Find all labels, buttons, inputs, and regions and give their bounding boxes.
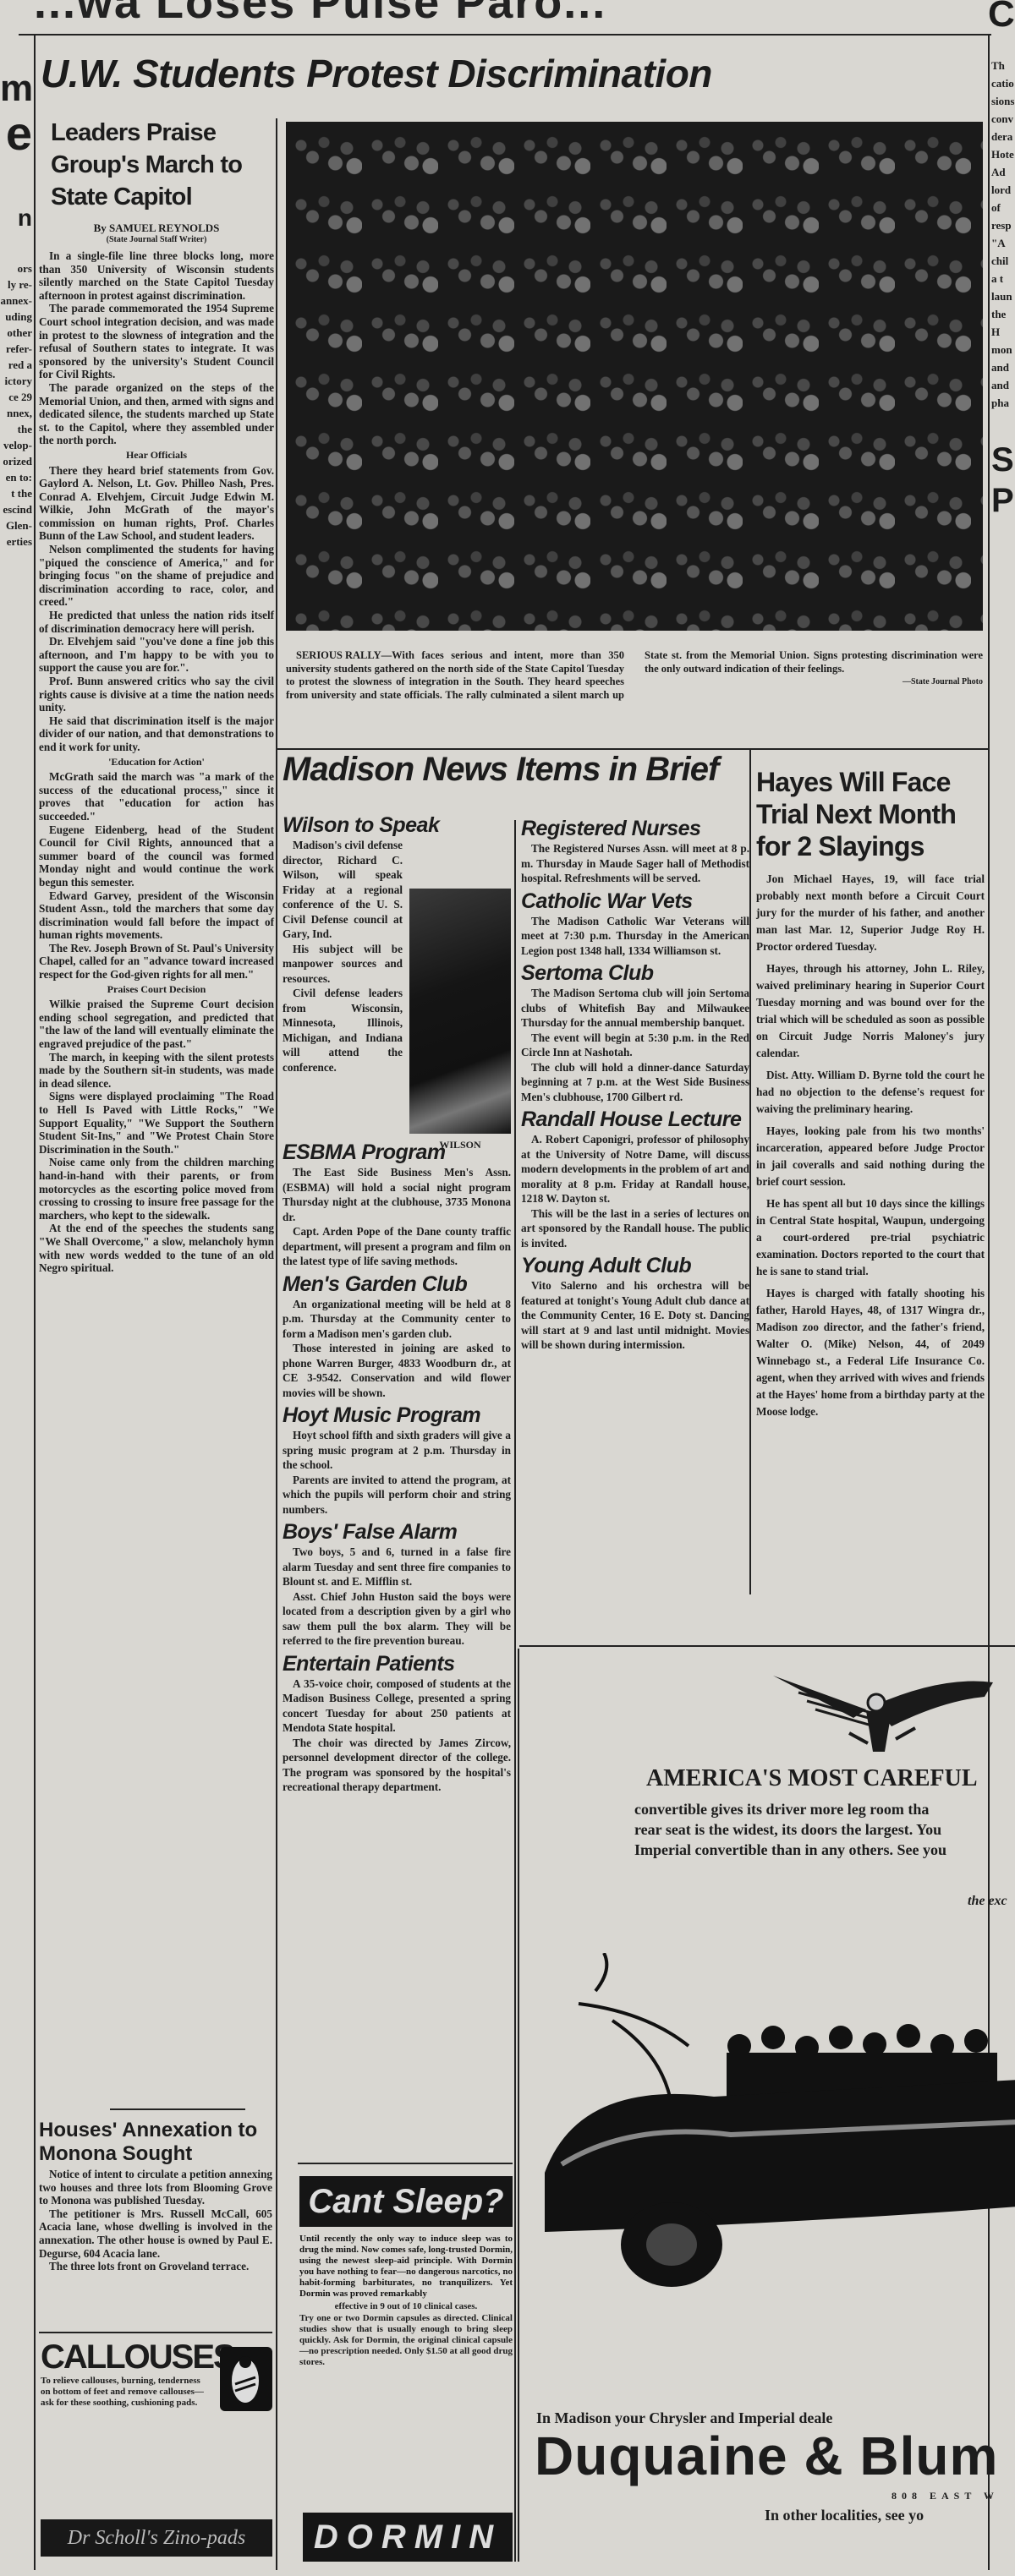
wilson-portrait: WILSON — [409, 889, 511, 1134]
brief-column-1: Wilson to SpeakWILSONMadison's civil def… — [283, 810, 511, 1795]
main-subheadline: Leaders Praise Group's March to State Ca… — [51, 117, 274, 213]
left-edge-big-letter: e — [0, 108, 32, 159]
brief-item: Boys' False AlarmTwo boys, 5 and 6, turn… — [283, 1520, 511, 1649]
paragraph: Signs were displayed proclaiming "The Ro… — [39, 1090, 274, 1156]
subhead: Praises Court Decision — [39, 983, 274, 997]
dormin-body: Until recently the only way to induce sl… — [299, 2234, 513, 2300]
paragraph: Hayes, through his attorney, John L. Ril… — [756, 960, 985, 1062]
paragraph: An organizational meeting will be held a… — [283, 1297, 511, 1342]
left-edge-letter: n — [0, 201, 32, 235]
brief-title: Wilson to Speak — [283, 813, 511, 837]
callouses-ad: CALLOUSES To relieve callouses, burning,… — [41, 2338, 272, 2557]
annexation-headline: Houses' Annexation to Monona Sought — [39, 2119, 272, 2166]
brief-item: Sertoma ClubThe Madison Sertoma club wil… — [521, 961, 749, 1104]
paragraph: The parade organized on the steps of the… — [39, 381, 274, 447]
hayes-story: Hayes Will Face Trial Next Month for 2 S… — [756, 766, 985, 1425]
section-rule — [277, 748, 988, 750]
foot-icon — [220, 2347, 272, 2411]
chrysler-body: convertible gives its driver more leg ro… — [634, 1799, 946, 1860]
brief-title: Registered Nurses — [521, 817, 749, 840]
paragraph: Wilkie praised the Supreme Court decisio… — [39, 998, 274, 1050]
brief-title: Catholic War Vets — [521, 889, 749, 913]
top-rule — [19, 34, 991, 36]
brief-title: Hoyt Music Program — [283, 1403, 511, 1427]
news-in-brief-title: Madison News Items in Brief — [283, 751, 718, 789]
brief-title: Sertoma Club — [521, 961, 749, 985]
column-rule — [276, 118, 277, 2570]
paragraph: Notice of intent to circulate a petition… — [39, 2168, 272, 2207]
brief-title: Young Adult Club — [521, 1254, 749, 1277]
brief-item: ESBMA ProgramThe East Side Business Men'… — [283, 1140, 511, 1269]
paragraph: Hayes, looking pale from his two months'… — [756, 1123, 985, 1190]
paragraph: He said that discrimination itself is th… — [39, 714, 274, 754]
annexation-story: Houses' Annexation to Monona Sought Noti… — [39, 2119, 272, 2273]
subhead: Hear Officials — [39, 449, 274, 462]
brief-item: Entertain PatientsA 35-voice choir, comp… — [283, 1652, 511, 1795]
dormin-title-banner: Cant Sleep? — [299, 2176, 513, 2227]
paragraph: Parents are invited to attend the progra… — [283, 1473, 511, 1518]
brief-item: Young Adult ClubVito Salerno and his orc… — [521, 1254, 749, 1353]
paragraph: The choir was directed by James Zircow, … — [283, 1736, 511, 1795]
right-edge-partial-headline: S P — [991, 440, 1014, 521]
main-story-body: In a single-file line three blocks long,… — [39, 249, 274, 1275]
paragraph: The Madison Sertoma club will join Serto… — [521, 986, 749, 1031]
paragraph: He predicted that unless the nation rids… — [39, 609, 274, 635]
main-story-column: Leaders Praise Group's March to State Ca… — [39, 117, 274, 1275]
hayes-headline: Hayes Will Face Trial Next Month for 2 S… — [756, 766, 985, 862]
brief-item: Hoyt Music ProgramHoyt school fifth and … — [283, 1403, 511, 1517]
brief-title: Randall House Lecture — [521, 1108, 749, 1131]
paragraph: There they heard brief statements from G… — [39, 464, 274, 544]
paragraph: Dr. Elvehjem said "you've done a fine jo… — [39, 635, 274, 675]
paragraph: Nelson complimented the students for hav… — [39, 543, 274, 609]
section-rule — [39, 2332, 272, 2333]
annexation-body: Notice of intent to circulate a petition… — [39, 2168, 272, 2273]
paragraph: A 35-voice choir, composed of students a… — [283, 1676, 511, 1736]
paragraph: In a single-file line three blocks long,… — [39, 249, 274, 302]
caption-lead: SERIOUS RALLY — [286, 649, 381, 663]
paragraph: The Madison Catholic War Veterans will m… — [521, 914, 749, 959]
photo-caption: SERIOUS RALLY—With faces serious and int… — [286, 649, 983, 702]
paragraph: Two boys, 5 and 6, turned in a false fir… — [283, 1545, 511, 1589]
paragraph: Prof. Bunn answered critics who say the … — [39, 675, 274, 714]
paragraph: McGrath said the march was "a mark of th… — [39, 770, 274, 823]
brief-item: Catholic War VetsThe Madison Catholic Wa… — [521, 889, 749, 959]
paragraph: The Rev. Joseph Brown of St. Paul's Univ… — [39, 942, 274, 982]
brief-title: Entertain Patients — [283, 1652, 511, 1676]
paragraph: The club will hold a dinner-dance Saturd… — [521, 1060, 749, 1105]
byline-role: (State Journal Staff Writer) — [39, 235, 274, 244]
brief-item: Registered NursesThe Registered Nurses A… — [521, 817, 749, 886]
paragraph: Hoyt school fifth and sixth graders will… — [283, 1428, 511, 1473]
column-rule — [34, 34, 36, 2570]
section-rule — [519, 1645, 1015, 1647]
paragraph: The event will begin at 5:30 p.m. in the… — [521, 1031, 749, 1060]
paragraph: A. Robert Caponigri, professor of philos… — [521, 1132, 749, 1206]
byline: By SAMUEL REYNOLDS — [39, 222, 274, 235]
section-rule — [110, 2108, 245, 2110]
paragraph: Noise came only from the children marchi… — [39, 1156, 274, 1222]
brief-column-2: Registered NursesThe Registered Nurses A… — [521, 813, 749, 1353]
paragraph: Hayes is charged with fatally shooting h… — [756, 1285, 985, 1420]
portrait-caption: WILSON — [409, 1138, 511, 1153]
dealer-other-localities: In other localities, see yo — [765, 2507, 924, 2524]
cut-top-headline: ...wa Loses Pulse Paro... — [34, 0, 606, 29]
subhead: 'Education for Action' — [39, 756, 274, 769]
brief-title: Men's Garden Club — [283, 1272, 511, 1296]
left-edge-text: orsly re-annex-udingotherrefer-red aicto… — [0, 262, 32, 551]
paragraph: The Registered Nurses Assn. will meet at… — [521, 841, 749, 886]
paragraph: The East Side Business Men's Assn. (ESBM… — [283, 1165, 511, 1224]
paragraph: This will be the last in a series of lec… — [521, 1206, 749, 1251]
paragraph: The parade commemorated the 1954 Supreme… — [39, 302, 274, 381]
callouses-brand: Dr Scholl's Zino-pads — [41, 2519, 272, 2557]
paragraph: He has spent all but 10 days since the k… — [756, 1195, 985, 1280]
dormin-ad: Cant Sleep? Until recently the only way … — [299, 2176, 513, 2562]
rally-photo — [286, 122, 983, 631]
dormin-emphasis: effective in 9 out of 10 clinical cases. — [325, 2301, 487, 2311]
column-rule — [514, 820, 516, 2562]
right-edge-text: ThcatiosionsconvderaHoteAdlordofresp"Ach… — [991, 59, 1015, 414]
section-rule — [298, 2163, 513, 2164]
paragraph: Capt. Arden Pope of the Dane county traf… — [283, 1224, 511, 1269]
paragraph: Eugene Eidenberg, head of the Student Co… — [39, 823, 274, 889]
paragraph: At the end of the speeches the students … — [39, 1222, 274, 1274]
photo-credit: —State Journal Photo — [645, 675, 983, 689]
paragraph: Edward Garvey, president of the Wisconsi… — [39, 889, 274, 942]
column-rule — [518, 1649, 519, 2562]
paragraph: The petitioner is Mrs. Russell McCall, 6… — [39, 2207, 272, 2260]
car-illustration — [545, 1953, 1015, 2291]
right-edge-letter: C — [988, 0, 1015, 36]
paragraph: Those interested in joining are asked to… — [283, 1341, 511, 1400]
left-edge-column: m e n — [0, 76, 32, 235]
paragraph: Dist. Atty. William D. Byrne told the co… — [756, 1067, 985, 1118]
dealer-address: 808 EAST W — [892, 2490, 999, 2502]
paragraph: Vito Salerno and his orchestra will be f… — [521, 1278, 749, 1353]
brief-item: Men's Garden ClubAn organizational meeti… — [283, 1272, 511, 1401]
eagle-icon — [773, 1659, 993, 1760]
paragraph: Asst. Chief John Huston said the boys we… — [283, 1589, 511, 1649]
brief-title: Boys' False Alarm — [283, 1520, 511, 1544]
main-headline: U.W. Students Protest Discrimination — [41, 51, 712, 96]
chrysler-tagline: the exc — [968, 1894, 1007, 1909]
paragraph: Jon Michael Hayes, 19, will face trial p… — [756, 871, 985, 955]
paragraph: The march, in keeping with the silent pr… — [39, 1051, 274, 1091]
paragraph: The three lots front on Groveland terrac… — [39, 2260, 272, 2273]
dormin-body-2: Try one or two Dormin capsules as direct… — [299, 2313, 513, 2368]
callouses-body: To relieve callouses, burning, tendernes… — [41, 2376, 210, 2409]
column-rule — [749, 749, 751, 1594]
brief-item: Randall House LectureA. Robert Caponigri… — [521, 1108, 749, 1250]
dealer-name: Duquaine & Blum — [535, 2425, 998, 2487]
dormin-brand: DORMIN — [303, 2513, 513, 2562]
chrysler-ad: AMERICA'S MOST CAREFUL convertible gives… — [519, 1649, 1015, 2562]
left-edge-big-letter: m — [0, 76, 32, 108]
hayes-body: Jon Michael Hayes, 19, will face trial p… — [756, 871, 985, 1420]
brief-item: Wilson to SpeakWILSONMadison's civil def… — [283, 813, 511, 1137]
chrysler-headline: AMERICA'S MOST CAREFUL — [646, 1765, 978, 1792]
